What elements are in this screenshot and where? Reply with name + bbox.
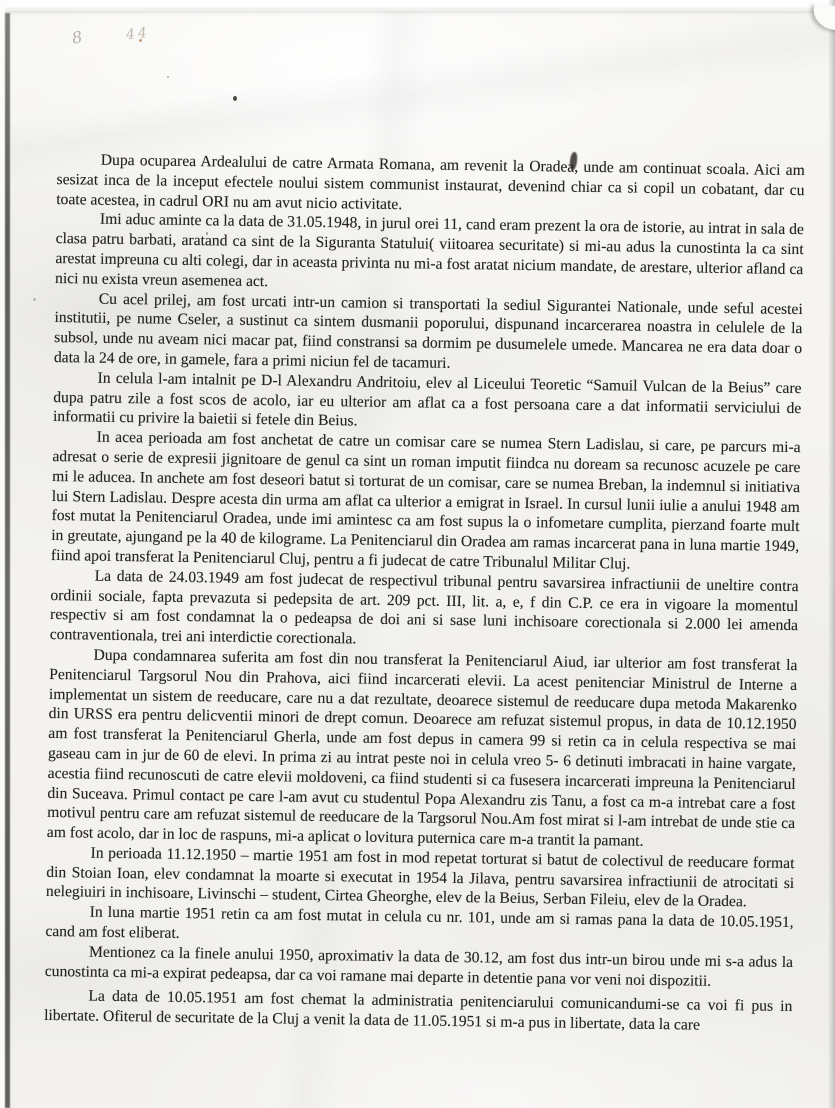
page-corner-fold <box>812 3 835 30</box>
paragraph: La data de 24.03.1949 am fost judecat de… <box>50 566 799 656</box>
paper-speck <box>139 39 142 42</box>
handwritten-mark: 44 <box>125 25 150 43</box>
scanned-page: 8 44 Dupa ocuparea Ardealului de catre A… <box>0 0 835 1108</box>
scanner-top-edge <box>0 0 835 11</box>
paragraph: Dupa condamnarea suferita am fost din no… <box>47 645 798 854</box>
page-right-edge-shadow <box>828 0 835 1108</box>
document-text: Dupa ocuparea Ardealului de catre Armata… <box>44 150 805 1037</box>
paragraph: Cu acel prilej, am fost urcati intr-un c… <box>54 289 803 379</box>
paper-speck <box>167 76 169 78</box>
paragraph: Imi aduc aminte ca la data de 31.05.1948… <box>55 209 804 299</box>
paragraph: Dupa ocuparea Ardealului de catre Armata… <box>56 150 805 220</box>
ink-dot <box>233 96 237 101</box>
handwritten-mark: 8 <box>70 27 83 47</box>
paragraph: In celula l-am intalnit pe D-l Alexandru… <box>53 368 802 438</box>
paragraph: In perioada 11.12.1950 – martie 1951 am … <box>46 843 795 913</box>
page-left-edge-line <box>5 13 10 1108</box>
paper-speck <box>33 298 36 301</box>
paragraph: In acea perioada am fost anchetat de cat… <box>51 427 801 577</box>
paragraph: La data de 10.05.1951 am fost chemat la … <box>44 986 793 1037</box>
